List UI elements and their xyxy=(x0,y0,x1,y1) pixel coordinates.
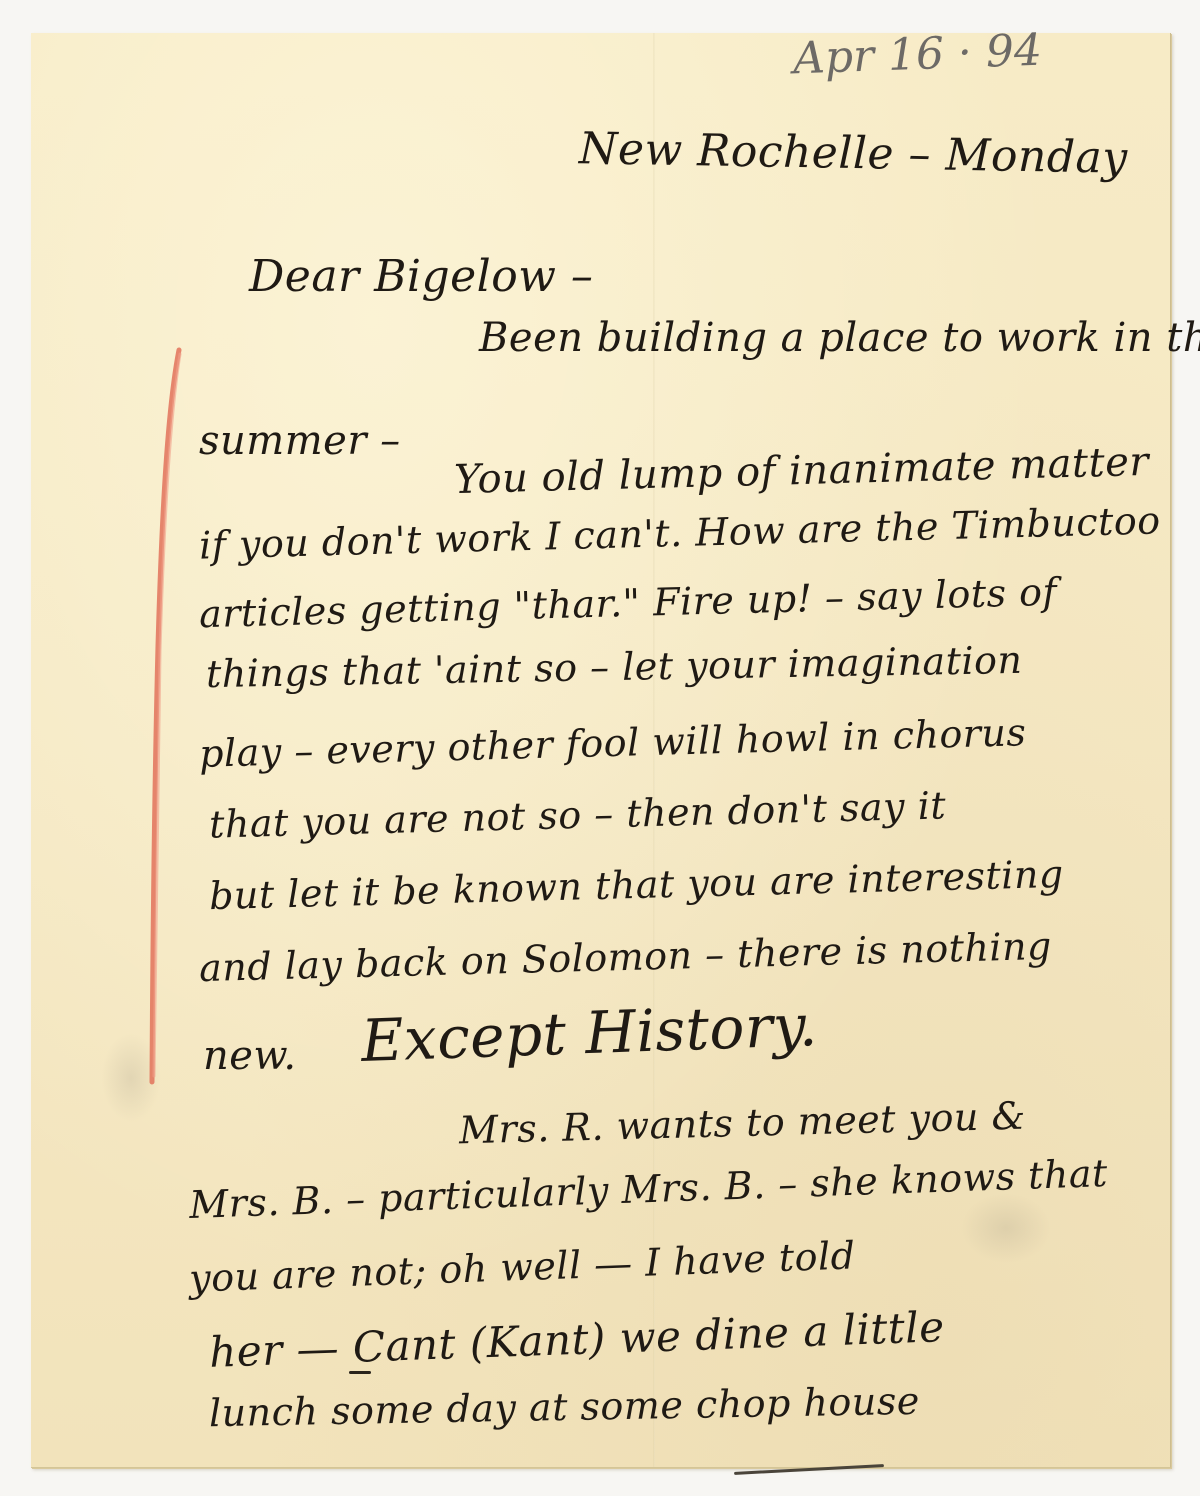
letter-line-10: and lay back on Solomon – there is nothi… xyxy=(199,924,1053,990)
letter-emphasis-except-history: Except History. xyxy=(360,991,819,1075)
letter-line-17: lunch some day at some chop house xyxy=(209,1379,920,1435)
letter-line-9: but let it be known that you are interes… xyxy=(209,852,1065,918)
letter-salutation: Dear Bigelow – xyxy=(249,251,593,302)
red-crayon-margin-mark xyxy=(146,346,186,1086)
underline-cant xyxy=(349,1371,371,1374)
paper-smudge xyxy=(961,1193,1051,1263)
letter-heading-place-day: New Rochelle – Monday xyxy=(579,123,1128,184)
letter-line-1: Been building a place to work in this xyxy=(479,315,1200,361)
pencil-date-annotation: Apr 16 · 94 xyxy=(792,25,1043,85)
letter-line-13: Mrs. R. wants to meet you & xyxy=(459,1094,1027,1153)
letter-line-5: articles getting "thar." Fire up! – say … xyxy=(199,570,1058,636)
letter-line-11: new. xyxy=(203,1033,297,1079)
underline-chop-house xyxy=(734,1464,884,1475)
letter-line-3: You old lump of inanimate matter xyxy=(454,439,1150,503)
letter-line-6: things that 'aint so – let your imaginat… xyxy=(206,638,1023,696)
letter-line-8: that you are not so – then don't say it xyxy=(209,783,947,846)
letter-line-2: summer – xyxy=(199,418,401,464)
letter-line-15: you are not; oh well — I have told xyxy=(188,1233,856,1300)
letter-line-16: her — Cant (Kant) we dine a little xyxy=(208,1302,945,1377)
letter-line-7: play – every other fool will howl in cho… xyxy=(199,710,1027,776)
letter-line-4: if you don't work I can't. How are the T… xyxy=(199,498,1162,567)
letter-paper: Apr 16 · 94 New Rochelle – Monday Dear B… xyxy=(31,33,1171,1468)
